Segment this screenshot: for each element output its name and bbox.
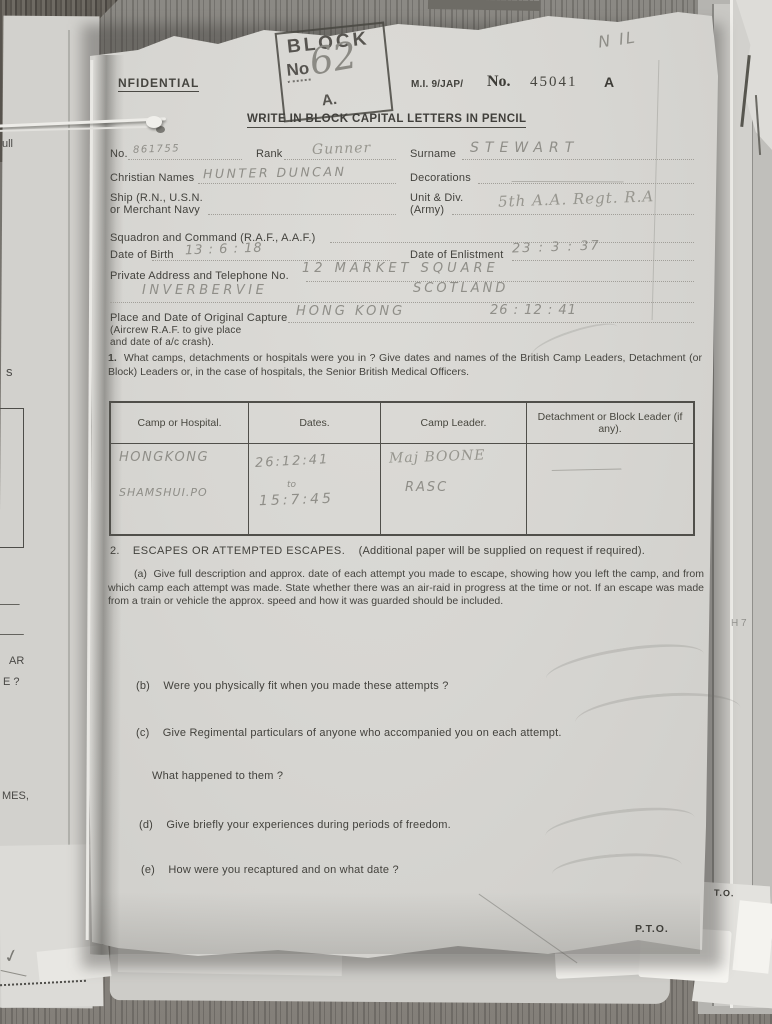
address-value-line2: INVERBERVIE <box>142 283 267 298</box>
header-dates: Dates. <box>249 403 381 443</box>
what-happened-question: What happened to them ? <box>152 770 283 782</box>
fragment-text: E ? <box>3 676 20 688</box>
question-2e-text: How were you recaptured and on what date… <box>168 864 398 876</box>
field-line <box>512 260 694 261</box>
section-2-heading: 2. ESCAPES OR ATTEMPTED ESCAPES. (Additi… <box>110 541 698 559</box>
rank-field-value: Gunner <box>312 140 372 158</box>
form-series-letter: A <box>604 74 614 90</box>
rank-field-label: Rank <box>256 148 282 160</box>
fragment-rule: ― <box>0 630 24 636</box>
form-number-label: No. <box>487 73 511 91</box>
fragment-text: s <box>6 364 13 379</box>
capture-place-value: HONG KONG <box>296 304 405 319</box>
stamp-no-label: No <box>286 59 311 83</box>
ship-label-line1: Ship (R.N., U.S.N. <box>110 192 203 204</box>
address-value-line3: SCOTLAND <box>413 281 508 296</box>
date-of-birth-value: 13 : 6 : 18 <box>185 241 263 259</box>
pencil-scribble: ― <box>0 966 30 977</box>
question-1: 1. What camps, detachments or hospitals … <box>108 352 702 379</box>
ship-label-line2: or Merchant Navy <box>110 204 200 216</box>
unit-div-label-line2: (Army) <box>410 204 444 216</box>
question-2d-text: Give briefly your experiences during per… <box>166 819 451 831</box>
question-2b-label: (b) <box>136 680 150 692</box>
christian-names-label: Christian Names <box>110 172 194 184</box>
bright-paper-shard <box>732 900 772 973</box>
pto-label: P.T.O. <box>635 923 669 935</box>
field-line <box>462 159 694 160</box>
paper-gap-shadow <box>428 0 540 11</box>
leader-value-unit: RASC <box>405 480 448 495</box>
stamp-a-label: A. <box>321 91 338 109</box>
header-camp-or-hospital: Camp or Hospital. <box>111 403 249 443</box>
question-2c: (c) Give Regimental particulars of anyon… <box>136 723 562 741</box>
left-page-edge-line <box>68 30 70 980</box>
field-line <box>288 322 694 323</box>
address-label: Private Address and Telephone No. <box>110 270 289 282</box>
question-2a-text: Give full description and approx. date o… <box>108 568 704 607</box>
question-1-text: What camps, detachments or hospitals wer… <box>108 352 702 378</box>
question-2c-label: (c) <box>136 727 149 739</box>
camp-value-line1: HONGKONG <box>119 450 209 465</box>
pencil-fragment: H 7 <box>731 618 747 629</box>
field-line <box>198 183 396 184</box>
fragment-box-outline <box>0 408 24 548</box>
unit-div-label-line1: Unit & Div. <box>410 192 463 204</box>
question-2b-text: Were you physically fit when you made th… <box>163 680 448 692</box>
field-line <box>208 214 396 215</box>
question-2a-label: (a) <box>134 568 147 580</box>
section-2-note: (Additional paper will be supplied on re… <box>359 545 645 557</box>
field-line <box>128 159 242 160</box>
right-page-edge <box>752 8 772 1004</box>
capture-label-line2: (Aircrew R.A.F. to give place <box>110 325 241 336</box>
section-2-number: 2. <box>110 545 120 557</box>
decorations-value-dash: ― <box>511 177 625 183</box>
question-2a: (a) Give full description and approx. da… <box>108 568 704 609</box>
field-line <box>110 302 694 303</box>
block-number-stamp: BLOCK No 62 A. <box>275 21 394 122</box>
header-camp-leader: Camp Leader. <box>381 403 527 443</box>
enlistment-value: 23 : 3 : 37 <box>512 238 601 256</box>
cell-block-leader: ― <box>527 444 693 534</box>
question-2d-label: (d) <box>139 819 153 831</box>
confidential-label: NFIDENTIAL <box>118 76 199 92</box>
number-field-label: No. <box>110 148 128 160</box>
section-2-title: ESCAPES OR ATTEMPTED ESCAPES. <box>133 545 345 557</box>
camps-table: Camp or Hospital. Dates. Camp Leader. De… <box>109 401 695 536</box>
sheet-bottom-shading <box>90 892 700 954</box>
fragment-rule: ― <box>0 600 20 606</box>
question-2e: (e) How were you recaptured and on what … <box>141 860 399 878</box>
field-line <box>452 214 694 215</box>
cell-camp: HONGKONG SHAMSHUI.PO <box>111 444 249 534</box>
surname-field-label: Surname <box>410 148 456 160</box>
dates-value-to-word: to <box>287 480 296 490</box>
block-leader-dash: ― <box>549 465 622 472</box>
number-field-value: 861755 <box>133 143 181 156</box>
question-2b: (b) Were you physically fit when you mad… <box>136 676 449 694</box>
christian-names-value: HUNTER DUNCAN <box>203 164 347 181</box>
capture-label-line1: Place and Date of Original Capture <box>110 312 287 324</box>
question-2e-label: (e) <box>141 864 155 876</box>
capture-label-line3: and date of a/c crash). <box>110 337 214 348</box>
mi9-reference: M.I. 9/JAP/ <box>411 79 463 90</box>
stamp-number-handwritten: 62 <box>306 33 360 84</box>
camp-value-line2: SHAMSHUI.PO <box>119 486 208 499</box>
form-number-value: 45041 <box>530 74 578 91</box>
table-header-row: Camp or Hospital. Dates. Camp Leader. De… <box>111 403 693 444</box>
header-detachment-leader: Detachment or Block Leader (if any). <box>527 403 693 443</box>
decorations-label: Decorations <box>410 172 471 184</box>
surname-field-value: STEWART <box>470 140 579 156</box>
field-line <box>284 159 396 160</box>
question-2d: (d) Give briefly your experiences during… <box>139 815 451 833</box>
leader-value-name: Maj BOONE <box>389 447 486 466</box>
cell-dates: 26:12:41 to 15:7:45 <box>249 444 381 534</box>
thread-knot <box>146 116 162 128</box>
cell-camp-leader: Maj BOONE RASC <box>381 444 527 534</box>
fragment-text: ull <box>2 138 13 150</box>
capture-date-value: 26 : 12 : 41 <box>490 303 577 318</box>
dates-value-until: 15:7:45 <box>259 491 334 510</box>
question-1-number: 1. <box>108 352 117 364</box>
fragment-text: MES, <box>2 790 29 802</box>
question-2c-text: Give Regimental particulars of anyone wh… <box>163 727 562 739</box>
dates-value-from: 26:12:41 <box>255 452 330 471</box>
form-title: WRITE IN BLOCK CAPITAL LETTERS IN PENCIL <box>247 113 526 128</box>
enlistment-label: Date of Enlistment <box>410 249 503 261</box>
address-value-line1: 12 MARKET SQUARE <box>302 261 499 276</box>
photographed-document: { "colors": { "paper": "#d7d6d2", "ink":… <box>0 0 772 1024</box>
fragment-text: AR <box>9 655 24 667</box>
table-body-row: HONGKONG SHAMSHUI.PO 26:12:41 to 15:7:45… <box>111 444 693 534</box>
